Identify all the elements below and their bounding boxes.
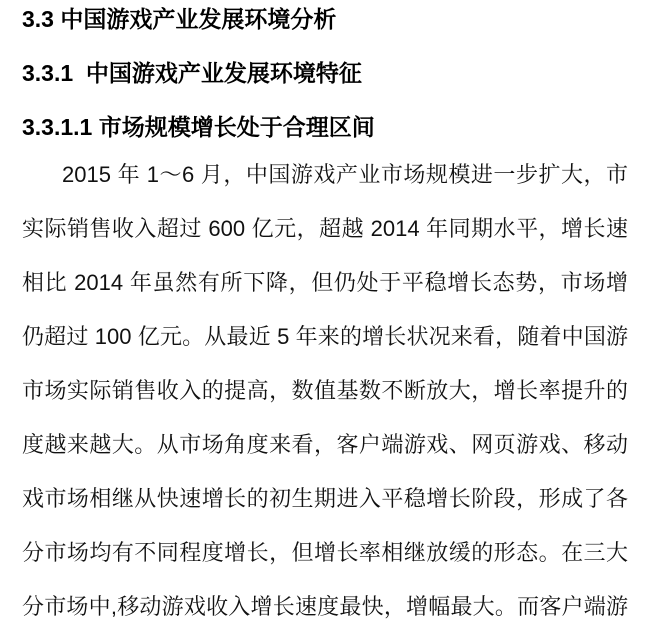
paragraph-line: 2015 年 1～6 月，中国游戏产业市场规模进一步扩大，市场: [22, 148, 628, 202]
paragraph-line: 戏市场相继从快速增长的初生期进入平稳增长阶段，形成了各细: [22, 472, 628, 526]
paragraph-line: 实际销售收入超过 600 亿元，超越 2014 年同期水平，增长速度: [22, 202, 628, 256]
paragraph-line: 度越来越大。从市场角度来看，客户端游戏、网页游戏、移动游: [22, 418, 628, 472]
document-page: 3.3 中国游戏产业发展环境分析 3.3.1 中国游戏产业发展环境特征 3.3.…: [0, 0, 650, 633]
heading-subsubsection-3-3-1-1: 3.3.1.1 市场规模增长处于合理区间: [22, 114, 628, 140]
heading-section-3-3: 3.3 中国游戏产业发展环境分析: [22, 0, 628, 32]
paragraph-line: 相比 2014 年虽然有所下降，但仍处于平稳增长态势，市场增幅: [22, 256, 628, 310]
paragraph-line: 仍超过 100 亿元。从最近 5 年来的增长状况来看，随着中国游戏: [22, 310, 628, 364]
body-paragraph: 2015 年 1～6 月，中国游戏产业市场规模进一步扩大，市场 实际销售收入超过…: [22, 148, 628, 633]
paragraph-line: 分市场均有不同程度增长，但增长率相继放缓的形态。在三大细: [22, 526, 628, 580]
paragraph-line: 分市场中,移动游戏收入增长速度最快，增幅最大。而客户端游戏: [22, 580, 628, 633]
heading-subsection-3-3-1: 3.3.1 中国游戏产业发展环境特征: [22, 60, 628, 86]
paragraph-line: 市场实际销售收入的提高，数值基数不断放大，增长率提升的难: [22, 364, 628, 418]
